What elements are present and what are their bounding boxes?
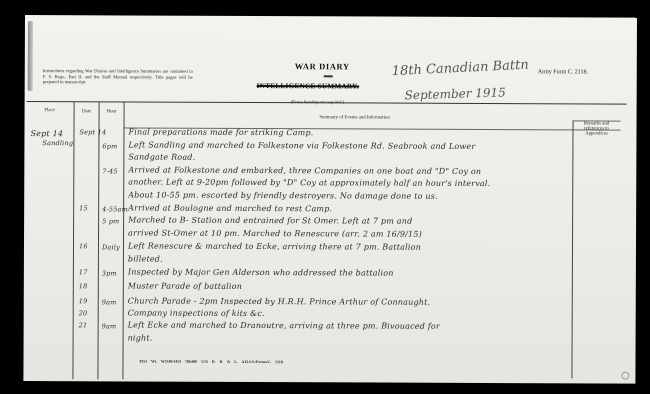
diary-entry: 199amChurch Parade - 2pm Inspected by H.… — [25, 15, 637, 18]
entry-hour: 6pm — [102, 142, 117, 150]
diary-entry: arrived St-Omer at 10 pm. Marched to Ren… — [25, 15, 637, 18]
diary-entry: Sept 14Final preparations made for strik… — [25, 15, 637, 18]
entry-text: another. Left at 9-20pm followed by "D" … — [128, 177, 490, 188]
place-name: Sandling — [42, 139, 73, 147]
entry-hour: 9am — [102, 322, 117, 330]
summary-remarks-divider — [571, 120, 573, 378]
war-diary-page: Instructions regarding War Diaries and I… — [23, 15, 637, 384]
entry-text: Sandgate Road. — [128, 152, 195, 161]
unit-name: 18th Canadian Battn — [391, 58, 529, 80]
army-form-number: Army Form C. 2118. — [538, 69, 588, 75]
diary-entry: 154-55amArrived at Boulogne and marched … — [25, 15, 637, 18]
entry-text: Arrived at Folkestone and embarked, thre… — [128, 165, 481, 176]
diary-entry: Sandgate Road. — [25, 15, 637, 18]
entry-text: Final preparations made for striking Cam… — [128, 127, 313, 137]
diary-entry: 16DailyLeft Renescure & marched to Ecke,… — [25, 15, 637, 18]
entry-text: Arrived at Boulogne and marched to rest … — [128, 203, 332, 213]
title-divider — [324, 75, 333, 77]
diary-entry: 7-45Arrived at Folkestone and embarked, … — [25, 15, 637, 18]
entry-date: 16 — [79, 242, 88, 250]
entry-text: Marched to B- Station and entrained for … — [128, 215, 412, 225]
entry-text: Left Sandling and marched to Folkestone … — [128, 140, 475, 151]
document-title: WAR DIARY — [295, 61, 350, 71]
column-summary: Summary of Events and Information — [255, 115, 455, 121]
entry-text: Church Parade - 2pm Inspected by H.R.H. … — [128, 296, 431, 306]
page-corner-mark — [621, 372, 629, 380]
entry-text: Muster Parade of battalion — [128, 281, 242, 290]
column-date: Date — [75, 109, 99, 114]
date-hour-divider — [97, 101, 99, 379]
diary-entry: 18Muster Parade of battalion — [25, 15, 637, 18]
column-remarks: Remarks and references to Appendices — [574, 121, 618, 136]
diary-entry: 20Company inspections of kits &c. — [25, 15, 637, 18]
entry-date: 18 — [79, 282, 88, 290]
entry-hour: Daily — [102, 243, 120, 251]
diary-entry: night. — [25, 15, 637, 18]
entry-text: night. — [128, 333, 153, 342]
form-instructions: Instructions regarding War Diaries and I… — [43, 68, 193, 85]
entry-text: About 10-55 pm. escorted by friendly des… — [128, 190, 438, 200]
entry-hour: 7-45 — [102, 167, 117, 175]
entry-hour: 3pm — [102, 269, 117, 277]
diary-entry: 173pmInspected by Major Gen Alderson who… — [25, 15, 637, 18]
entry-date: Sept 14 — [79, 128, 106, 136]
entry-date: 21 — [79, 321, 88, 329]
entry-date: 19 — [79, 297, 88, 305]
entry-text: billeted. — [128, 254, 163, 263]
hour-summary-divider — [122, 101, 124, 379]
diary-entry: 6pmLeft Sandling and marched to Folkesto… — [25, 15, 637, 18]
printer-imprint: 8353 Wt. W3340/1454 700,000 5/15 D. D. &… — [139, 360, 283, 365]
diary-entry: 5 pmMarched to B- Station and entrained … — [25, 15, 637, 18]
entry-date: 17 — [79, 268, 88, 276]
entry-text: Company inspections of kits &c. — [128, 308, 265, 318]
column-hour: Hour — [100, 109, 124, 114]
entry-hour: 5 pm — [102, 217, 119, 225]
struck-subtitle: INTELLIGENCE SUMMARY. — [257, 82, 359, 90]
entry-date: 15 — [79, 204, 88, 212]
month-year: September 1915 — [404, 85, 506, 102]
diary-entries: Sept 14Final preparations made for strik… — [25, 15, 637, 18]
entry-date: 20 — [79, 309, 88, 317]
entry-text: Inspected by Major Gen Alderson who addr… — [128, 267, 394, 277]
entry-text: Left Renescure & marched to Ecke, arrivi… — [128, 241, 421, 251]
entry-hour: 9am — [102, 298, 117, 306]
diary-entry: another. Left at 9-20pm followed by "D" … — [25, 15, 637, 18]
entry-text: Left Ecke and marched to Dranoutre, arri… — [128, 320, 440, 330]
entry-hour: 4-55am — [102, 205, 128, 213]
diary-entry: 219amLeft Ecke and marched to Dranoutre,… — [25, 15, 637, 18]
diary-entry: About 10-55 pm. escorted by friendly des… — [25, 15, 637, 18]
place-date: Sept 14 — [30, 129, 63, 138]
binding-strip — [28, 21, 33, 91]
column-place: Place — [35, 108, 65, 113]
diary-entry: billeted. — [25, 15, 637, 18]
entry-text: arrived St-Omer at 10 pm. Marched to Ren… — [128, 228, 422, 238]
